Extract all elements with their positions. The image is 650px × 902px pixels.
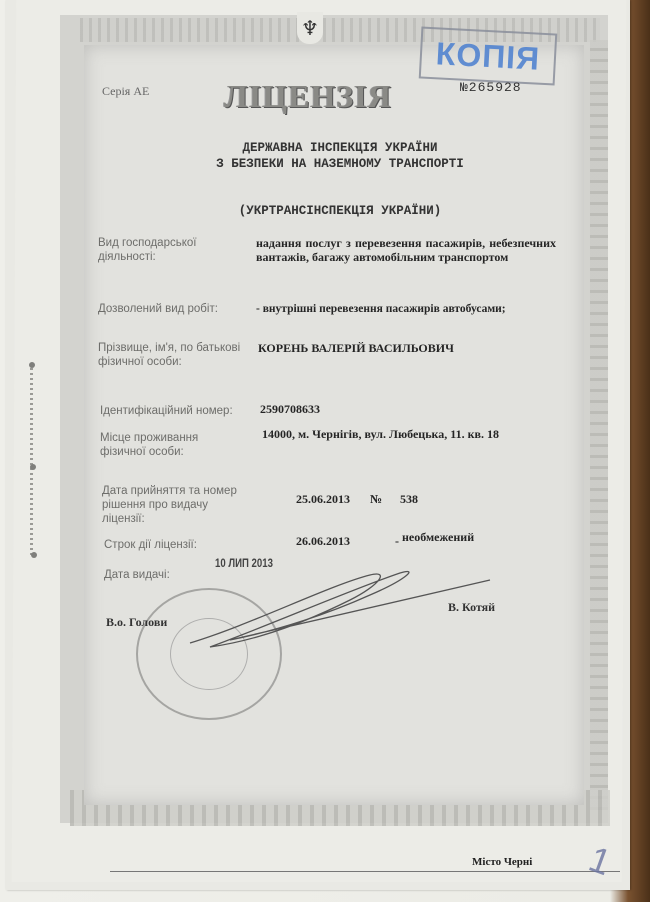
residence-label: Місце проживання фізичної особи: <box>100 431 225 459</box>
activity-type-label: Вид господарської діяльності: <box>98 236 208 264</box>
issuing-authority: ДЕРЖАВНА ІНСПЕКЦІЯ УКРАЇНИ З БЕЗПЕКИ НА … <box>150 140 530 172</box>
signatory-name: В. Котяй <box>448 600 495 615</box>
stitch-hole-icon <box>29 362 35 368</box>
authority-short-name: (УКРТРАНСІНСПЕКЦІЯ УКРАЇНИ) <box>150 204 530 218</box>
full-name-value: КОРЕНЬ ВАЛЕРІЙ ВАСИЛЬОВИЧ <box>258 341 558 355</box>
license-number: №265928 <box>460 80 522 95</box>
full-name-label: Прізвище, ім'я, по батькові фізичної осо… <box>98 341 248 369</box>
id-number-value: 2590708633 <box>260 402 320 416</box>
printer-imprint: Місто Черні <box>472 856 532 868</box>
authority-line-1: ДЕРЖАВНА ІНСПЕКЦІЯ УКРАЇНИ <box>150 140 530 156</box>
validity-to: необмежений <box>402 530 474 544</box>
permitted-work-value: - внутрішні перевезення пасажирів автобу… <box>256 302 556 316</box>
decision-no-sign: № <box>370 492 382 506</box>
validity-label: Строк дії ліцензії: <box>104 538 264 552</box>
signatory-position: В.о. Голови <box>106 615 167 630</box>
authority-line-2: З БЕЗПЕКИ НА НАЗЕМНОМУ ТРАНСПОРТІ <box>150 156 530 172</box>
stitch-hole-icon <box>31 552 37 558</box>
residence-value: 14000, м. Чернігів, вул. Любецька, 11. к… <box>262 427 582 441</box>
footer-rule <box>110 871 620 872</box>
permitted-work-label: Дозволений вид робіт: <box>98 302 258 316</box>
decision-number: 538 <box>400 492 418 506</box>
decision-date: 25.06.2013 <box>296 492 350 506</box>
ukraine-trident-icon: ♆ <box>297 12 323 44</box>
validity-from: 26.06.2013 <box>296 534 350 548</box>
right-ornament <box>590 40 608 810</box>
id-number-label: Ідентифікаційний номер: <box>100 404 260 418</box>
activity-type-value: надання послуг з перевезення пасажирів, … <box>256 236 556 264</box>
validity-dash: - <box>395 534 399 548</box>
decision-label: Дата прийняття та номер рішення про вида… <box>102 484 242 526</box>
stitch-hole-icon <box>30 464 36 470</box>
document-title: ЛІЦЕНЗІЯ <box>224 78 392 115</box>
binding-stitch <box>30 365 33 555</box>
copy-stamp: КОПІЯ <box>419 26 558 85</box>
series-label: Серія АЕ <box>102 84 149 99</box>
